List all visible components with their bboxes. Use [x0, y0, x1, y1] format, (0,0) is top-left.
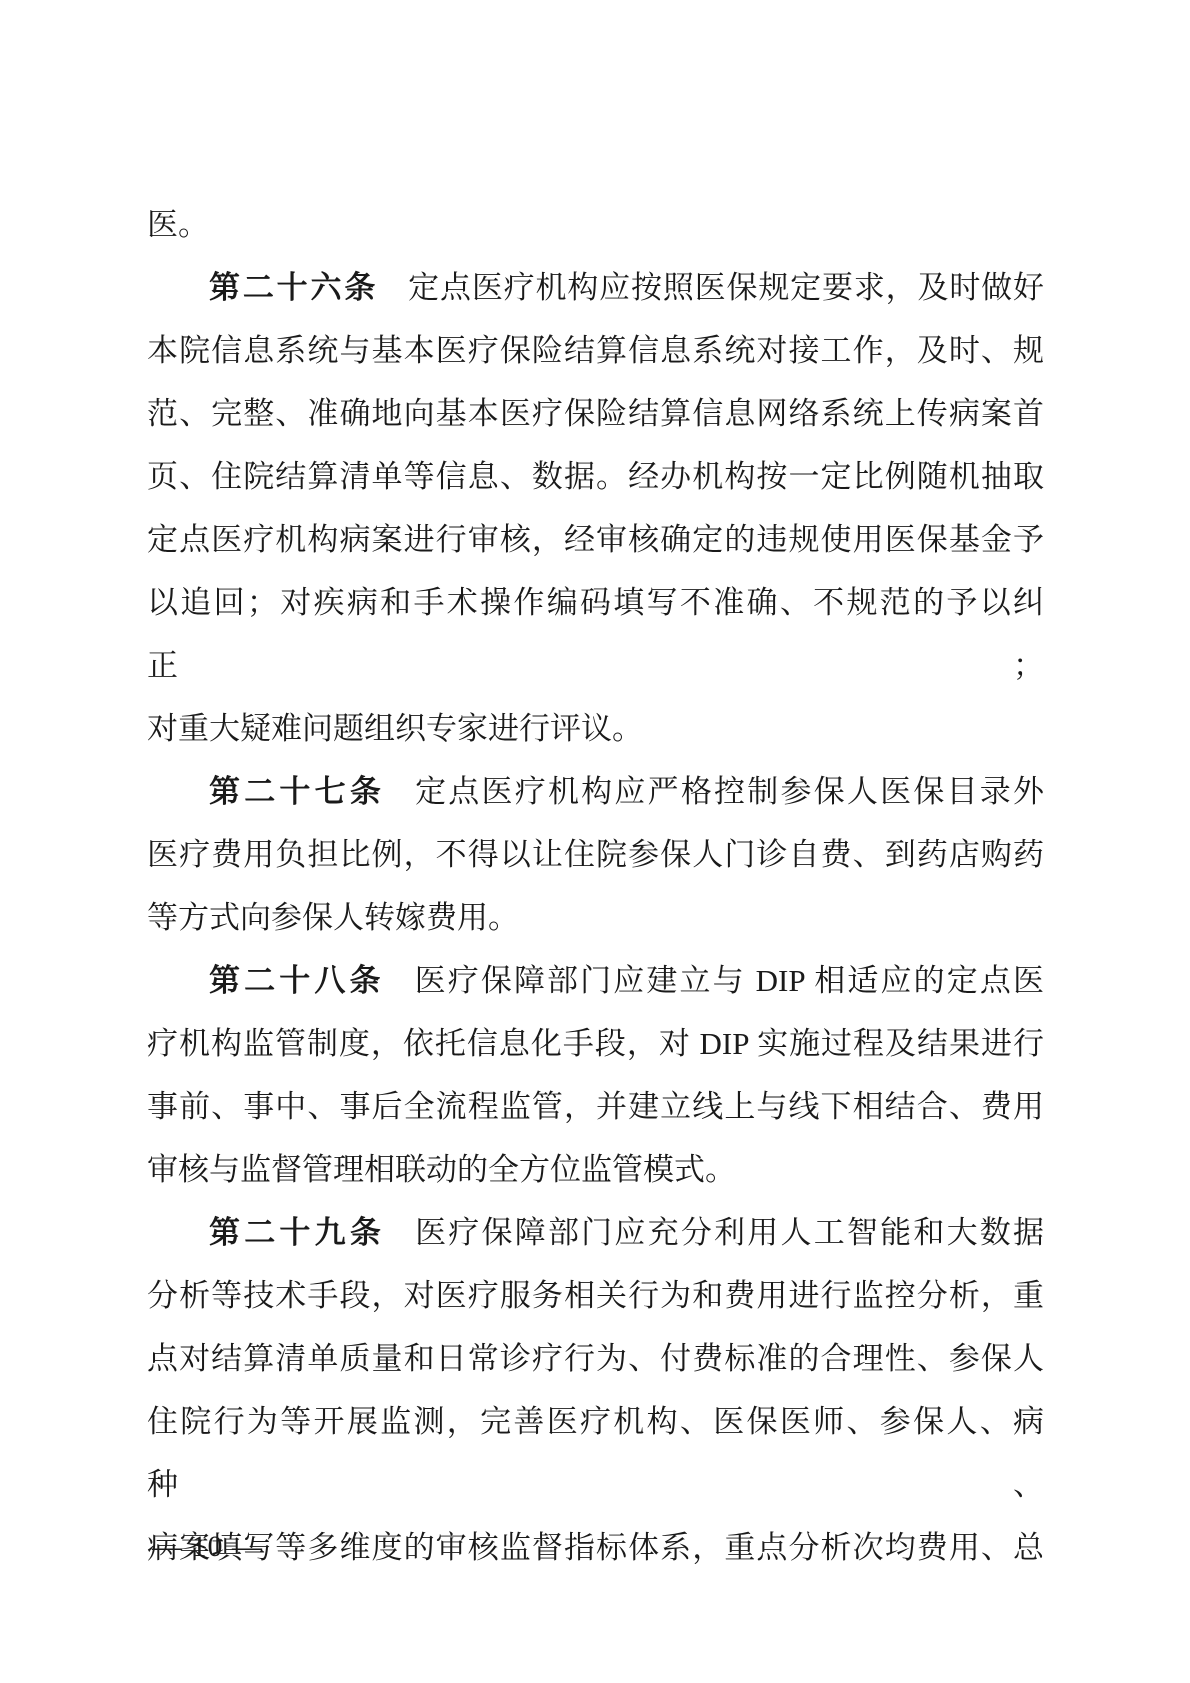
line-text: 对重大疑难问题组织专家进行评议。	[147, 711, 643, 746]
line-text: 事前、事中、事后全流程监管，并建立线上与线下相结合、费用	[147, 1089, 1044, 1124]
line-text: 定点医疗机构病案进行审核，经审核确定的违规使用医保基金予	[147, 522, 1044, 557]
document-page: 医。第二十六条定点医疗机构应按照医保规定要求，及时做好本院信息系统与基本医疗保险…	[0, 0, 1190, 1683]
body-text-line: 对重大疑难问题组织专家进行评议。	[147, 697, 1044, 760]
line-text: 医疗保障部门应充分利用人工智能和大数据	[415, 1215, 1044, 1250]
article-heading-line: 第二十七条定点医疗机构应严格控制参保人医保目录外	[147, 760, 1044, 823]
body-text-line: 分析等技术手段，对医疗服务相关行为和费用进行监控分析，重	[147, 1264, 1044, 1327]
line-text: 页、住院结算清单等信息、数据。经办机构按一定比例随机抽取	[147, 459, 1044, 494]
body-text-line: 等方式向参保人转嫁费用。	[147, 886, 1044, 949]
document-body: 医。第二十六条定点医疗机构应按照医保规定要求，及时做好本院信息系统与基本医疗保险…	[147, 193, 1044, 1579]
line-text: 病案填写等多维度的审核监督指标体系，重点分析次均费用、总	[147, 1530, 1044, 1565]
body-text-line: 疗机构监管制度，依托信息化手段，对 DIP 实施过程及结果进行	[147, 1012, 1044, 1075]
line-text: 范、完整、准确地向基本医疗保险结算信息网络系统上传病案首	[147, 396, 1044, 431]
article-heading-line: 第二十九条医疗保障部门应充分利用人工智能和大数据	[147, 1201, 1044, 1264]
page-number: — 10 —	[152, 1530, 263, 1563]
line-text: 以追回；对疾病和手术操作编码填写不准确、不规范的予以纠正；	[147, 585, 1044, 683]
body-text-line: 本院信息系统与基本医疗保险结算信息系统对接工作，及时、规	[147, 319, 1044, 382]
line-text: 本院信息系统与基本医疗保险结算信息系统对接工作，及时、规	[147, 333, 1044, 368]
body-text-line: 事前、事中、事后全流程监管，并建立线上与线下相结合、费用	[147, 1075, 1044, 1138]
line-text: 定点医疗机构应按照医保规定要求，及时做好	[408, 270, 1044, 305]
line-text: 点对结算清单质量和日常诊疗行为、付费标准的合理性、参保人	[147, 1341, 1044, 1376]
article-number: 第二十八条	[209, 963, 385, 998]
line-text: 住院行为等开展监测，完善医疗机构、医保医师、参保人、病种、	[147, 1404, 1044, 1502]
body-text-line: 病案填写等多维度的审核监督指标体系，重点分析次均费用、总	[147, 1516, 1044, 1579]
line-text: 审核与监督管理相联动的全方位监管模式。	[147, 1152, 736, 1187]
line-text: 定点医疗机构应严格控制参保人医保目录外	[415, 774, 1044, 809]
article-number: 第二十九条	[209, 1215, 385, 1250]
body-text-line: 医疗费用负担比例，不得以让住院参保人门诊自费、到药店购药	[147, 823, 1044, 886]
body-text-line: 定点医疗机构病案进行审核，经审核确定的违规使用医保基金予	[147, 508, 1044, 571]
line-text: 疗机构监管制度，依托信息化手段，对 DIP 实施过程及结果进行	[147, 1026, 1044, 1061]
article-number: 第二十七条	[209, 774, 385, 809]
article-heading-line: 第二十六条定点医疗机构应按照医保规定要求，及时做好	[147, 256, 1044, 319]
body-text-line: 以追回；对疾病和手术操作编码填写不准确、不规范的予以纠正；	[147, 571, 1044, 697]
body-text-line: 页、住院结算清单等信息、数据。经办机构按一定比例随机抽取	[147, 445, 1044, 508]
page-footer: — 10 —	[152, 1527, 263, 1567]
line-text: 医疗费用负担比例，不得以让住院参保人门诊自费、到药店购药	[147, 837, 1044, 872]
body-text-line: 审核与监督管理相联动的全方位监管模式。	[147, 1138, 1044, 1201]
article-number: 第二十六条	[209, 270, 378, 305]
body-text-line: 范、完整、准确地向基本医疗保险结算信息网络系统上传病案首	[147, 382, 1044, 445]
body-text-line: 点对结算清单质量和日常诊疗行为、付费标准的合理性、参保人	[147, 1327, 1044, 1390]
body-text-line: 住院行为等开展监测，完善医疗机构、医保医师、参保人、病种、	[147, 1390, 1044, 1516]
article-heading-line: 第二十八条医疗保障部门应建立与 DIP 相适应的定点医	[147, 949, 1044, 1012]
line-text: 医。	[147, 207, 209, 242]
body-text-line: 医。	[147, 193, 1044, 256]
line-text: 医疗保障部门应建立与 DIP 相适应的定点医	[415, 963, 1044, 998]
line-text: 等方式向参保人转嫁费用。	[147, 900, 519, 935]
line-text: 分析等技术手段，对医疗服务相关行为和费用进行监控分析，重	[147, 1278, 1044, 1313]
